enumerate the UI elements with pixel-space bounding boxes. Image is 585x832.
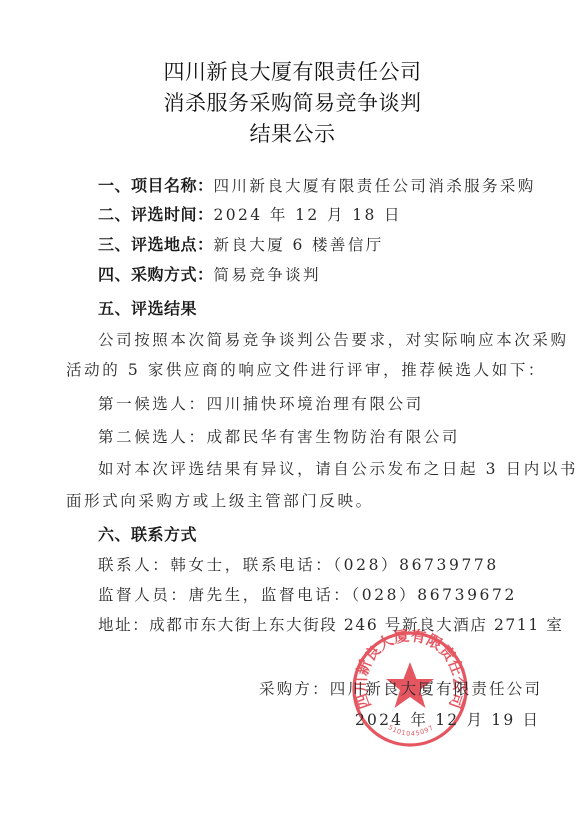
signature-date: 2024 年 12 月 19 日	[355, 710, 540, 730]
section-value: 2024 年 12 月 18 日	[214, 206, 402, 224]
title-result: 结果公示	[0, 122, 585, 146]
contact-heading: 六、联系方式	[98, 525, 197, 545]
section-value: 新良大厦 6 楼善信厅	[214, 236, 384, 254]
section-label: 三、评选地点：	[98, 235, 214, 254]
purchaser-signature: 采购方：四川新良大厦有限责任公司	[259, 679, 542, 699]
second-candidate: 第二候选人：成都民华有害生物防治有限公司	[98, 427, 460, 447]
section-evaluation-location: 三、评选地点：新良大厦 6 楼善信厅	[98, 235, 384, 255]
contact-person: 联系人：韩女士，联系电话：（028）86739778	[98, 555, 499, 575]
objection-line1: 如对本次评选结果有异议，请自公示发布之日起 3 日内以书	[98, 459, 578, 479]
title-subject: 消杀服务采购简易竞争谈判	[0, 91, 585, 115]
section-value: 四川新良大厦有限责任公司消杀服务采购	[214, 177, 536, 195]
contact-address: 地址：成都市东大街上东大街段 246 号新良大酒店 2711 室	[98, 615, 563, 635]
section-value: 简易竞争谈判	[214, 266, 321, 284]
document-page: 四川新良大厦有限责任公司 消杀服务采购简易竞争谈判 结果公示 一、项目名称：四川…	[0, 0, 585, 832]
section-label: 四、采购方式：	[98, 265, 214, 284]
section-project-name: 一、项目名称：四川新良大厦有限责任公司消杀服务采购	[98, 176, 536, 196]
results-paragraph-line1: 公司按照本次简易竞争谈判公告要求，对实际响应本次采购	[98, 330, 569, 350]
section-evaluation-time: 二、评选时间：2024 年 12 月 18 日	[98, 205, 402, 225]
title-company: 四川新良大厦有限责任公司	[0, 60, 585, 84]
section-label: 二、评选时间：	[98, 205, 214, 224]
objection-line2: 面形式向采购方或上级主管部门反映。	[66, 491, 374, 511]
section-label: 一、项目名称：	[98, 176, 214, 195]
results-paragraph-line2: 活动的 5 家供应商的响应文件进行评审，推荐候选人如下：	[66, 360, 546, 380]
results-heading: 五、评选结果	[98, 299, 197, 319]
supervisor-contact: 监督人员：唐先生，监督电话：（028）86739672	[98, 585, 517, 605]
section-procurement-method: 四、采购方式：简易竞争谈判	[98, 265, 321, 285]
first-candidate: 第一候选人：四川捕快环境治理有限公司	[98, 394, 424, 414]
